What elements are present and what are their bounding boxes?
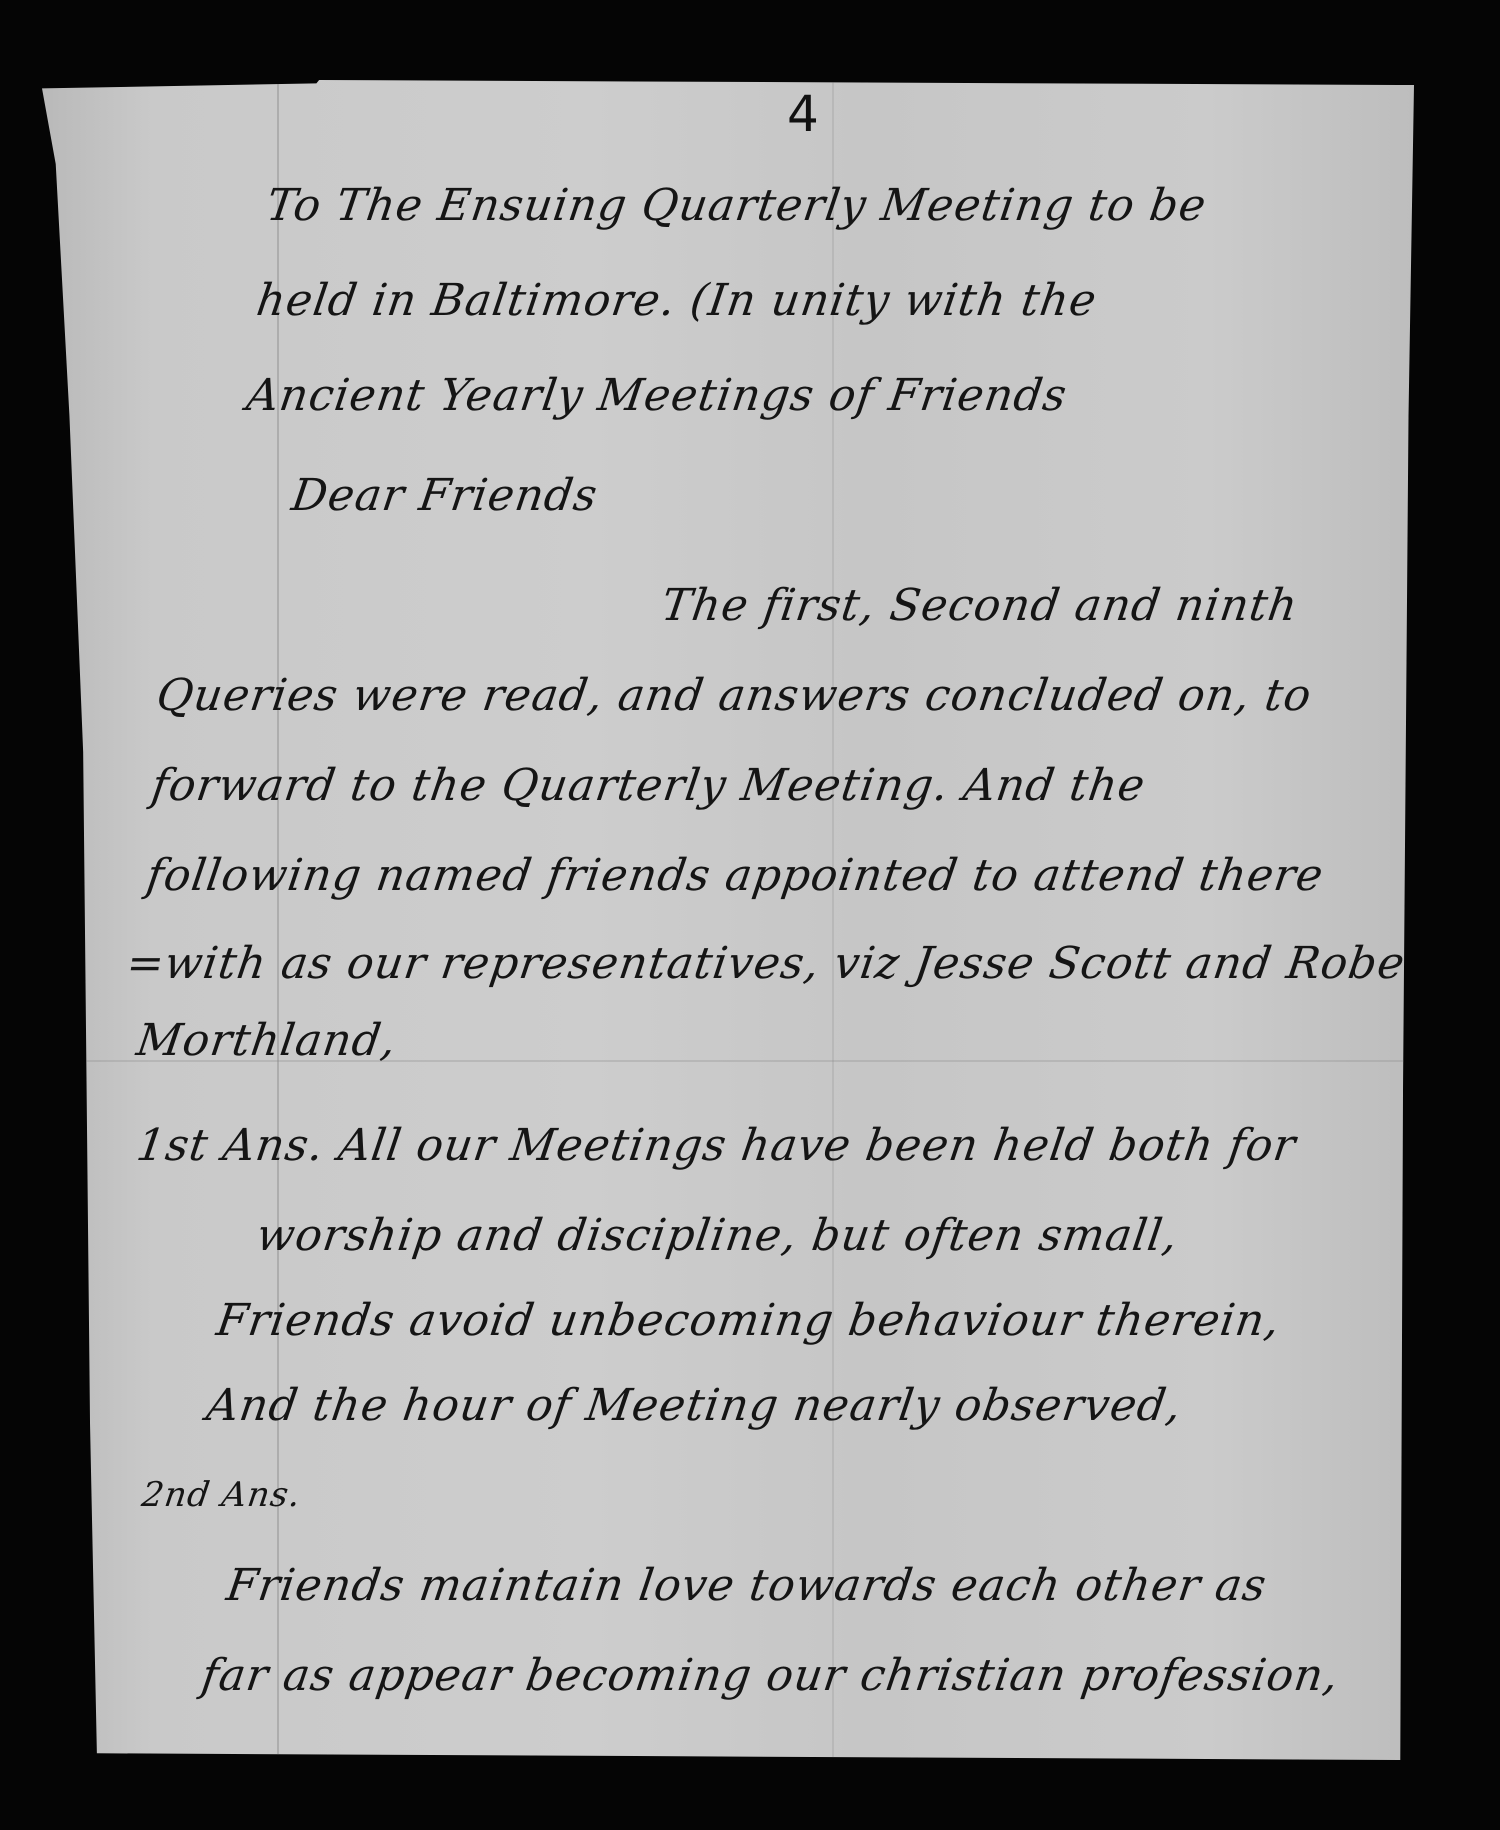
- manuscript-page: 4 To The Ensuing Quarterly Meeting to be…: [42, 80, 1414, 1760]
- body-line-3: forward to the Quarterly Meeting. And th…: [148, 760, 1148, 811]
- handwritten-text: 4 To The Ensuing Quarterly Meeting to be…: [42, 80, 1414, 1760]
- address-line-1: To The Ensuing Quarterly Meeting to be: [263, 180, 1209, 231]
- page-number: 4: [787, 85, 819, 143]
- answer-2-label: 2nd Ans.: [139, 1475, 303, 1515]
- answer-1-line-3: Friends avoid unbecoming behaviour there…: [213, 1295, 1283, 1346]
- body-line-1: The first, Second and ninth: [658, 580, 1301, 631]
- body-line-5: =with as our representatives, viz Jesse …: [123, 938, 1449, 989]
- answer-1-line-2: worship and discipline, but often small,: [253, 1210, 1181, 1261]
- answer-1-line-4: And the hour of Meeting nearly observed,: [203, 1380, 1185, 1431]
- body-line-2: Queries were read, and answers concluded…: [153, 670, 1315, 721]
- address-line-3: Ancient Yearly Meetings of Friends: [243, 370, 1070, 421]
- body-line-4: following named friends appointed to att…: [143, 850, 1327, 901]
- answer-2-line-2: far as appear becoming our christian pro…: [198, 1650, 1342, 1701]
- body-line-6: Morthland,: [133, 1015, 400, 1066]
- salutation: Dear Friends: [288, 470, 600, 521]
- address-line-2: held in Baltimore. (In unity with the: [253, 275, 1100, 326]
- answer-2-line-1: Friends maintain love towards each other…: [223, 1560, 1269, 1611]
- answer-1-line-1: 1st Ans. All our Meetings have been held…: [133, 1120, 1299, 1171]
